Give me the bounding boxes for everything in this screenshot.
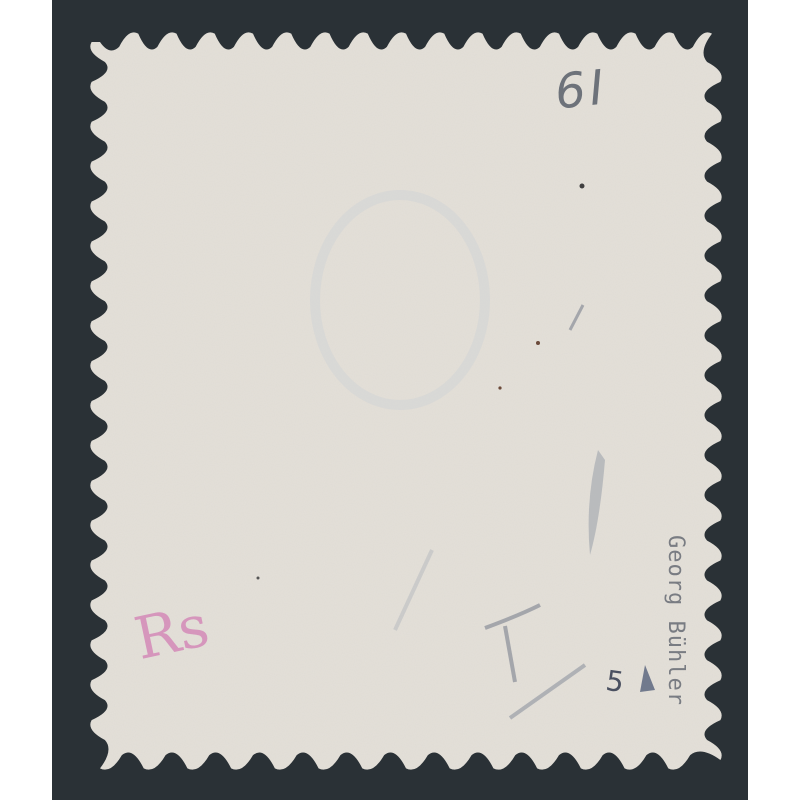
stamp-paper: [0, 0, 800, 800]
paper-speck: [536, 341, 540, 345]
paper-speck: [498, 386, 501, 389]
paper-speck: [580, 184, 585, 189]
paper-speck: [257, 577, 260, 580]
